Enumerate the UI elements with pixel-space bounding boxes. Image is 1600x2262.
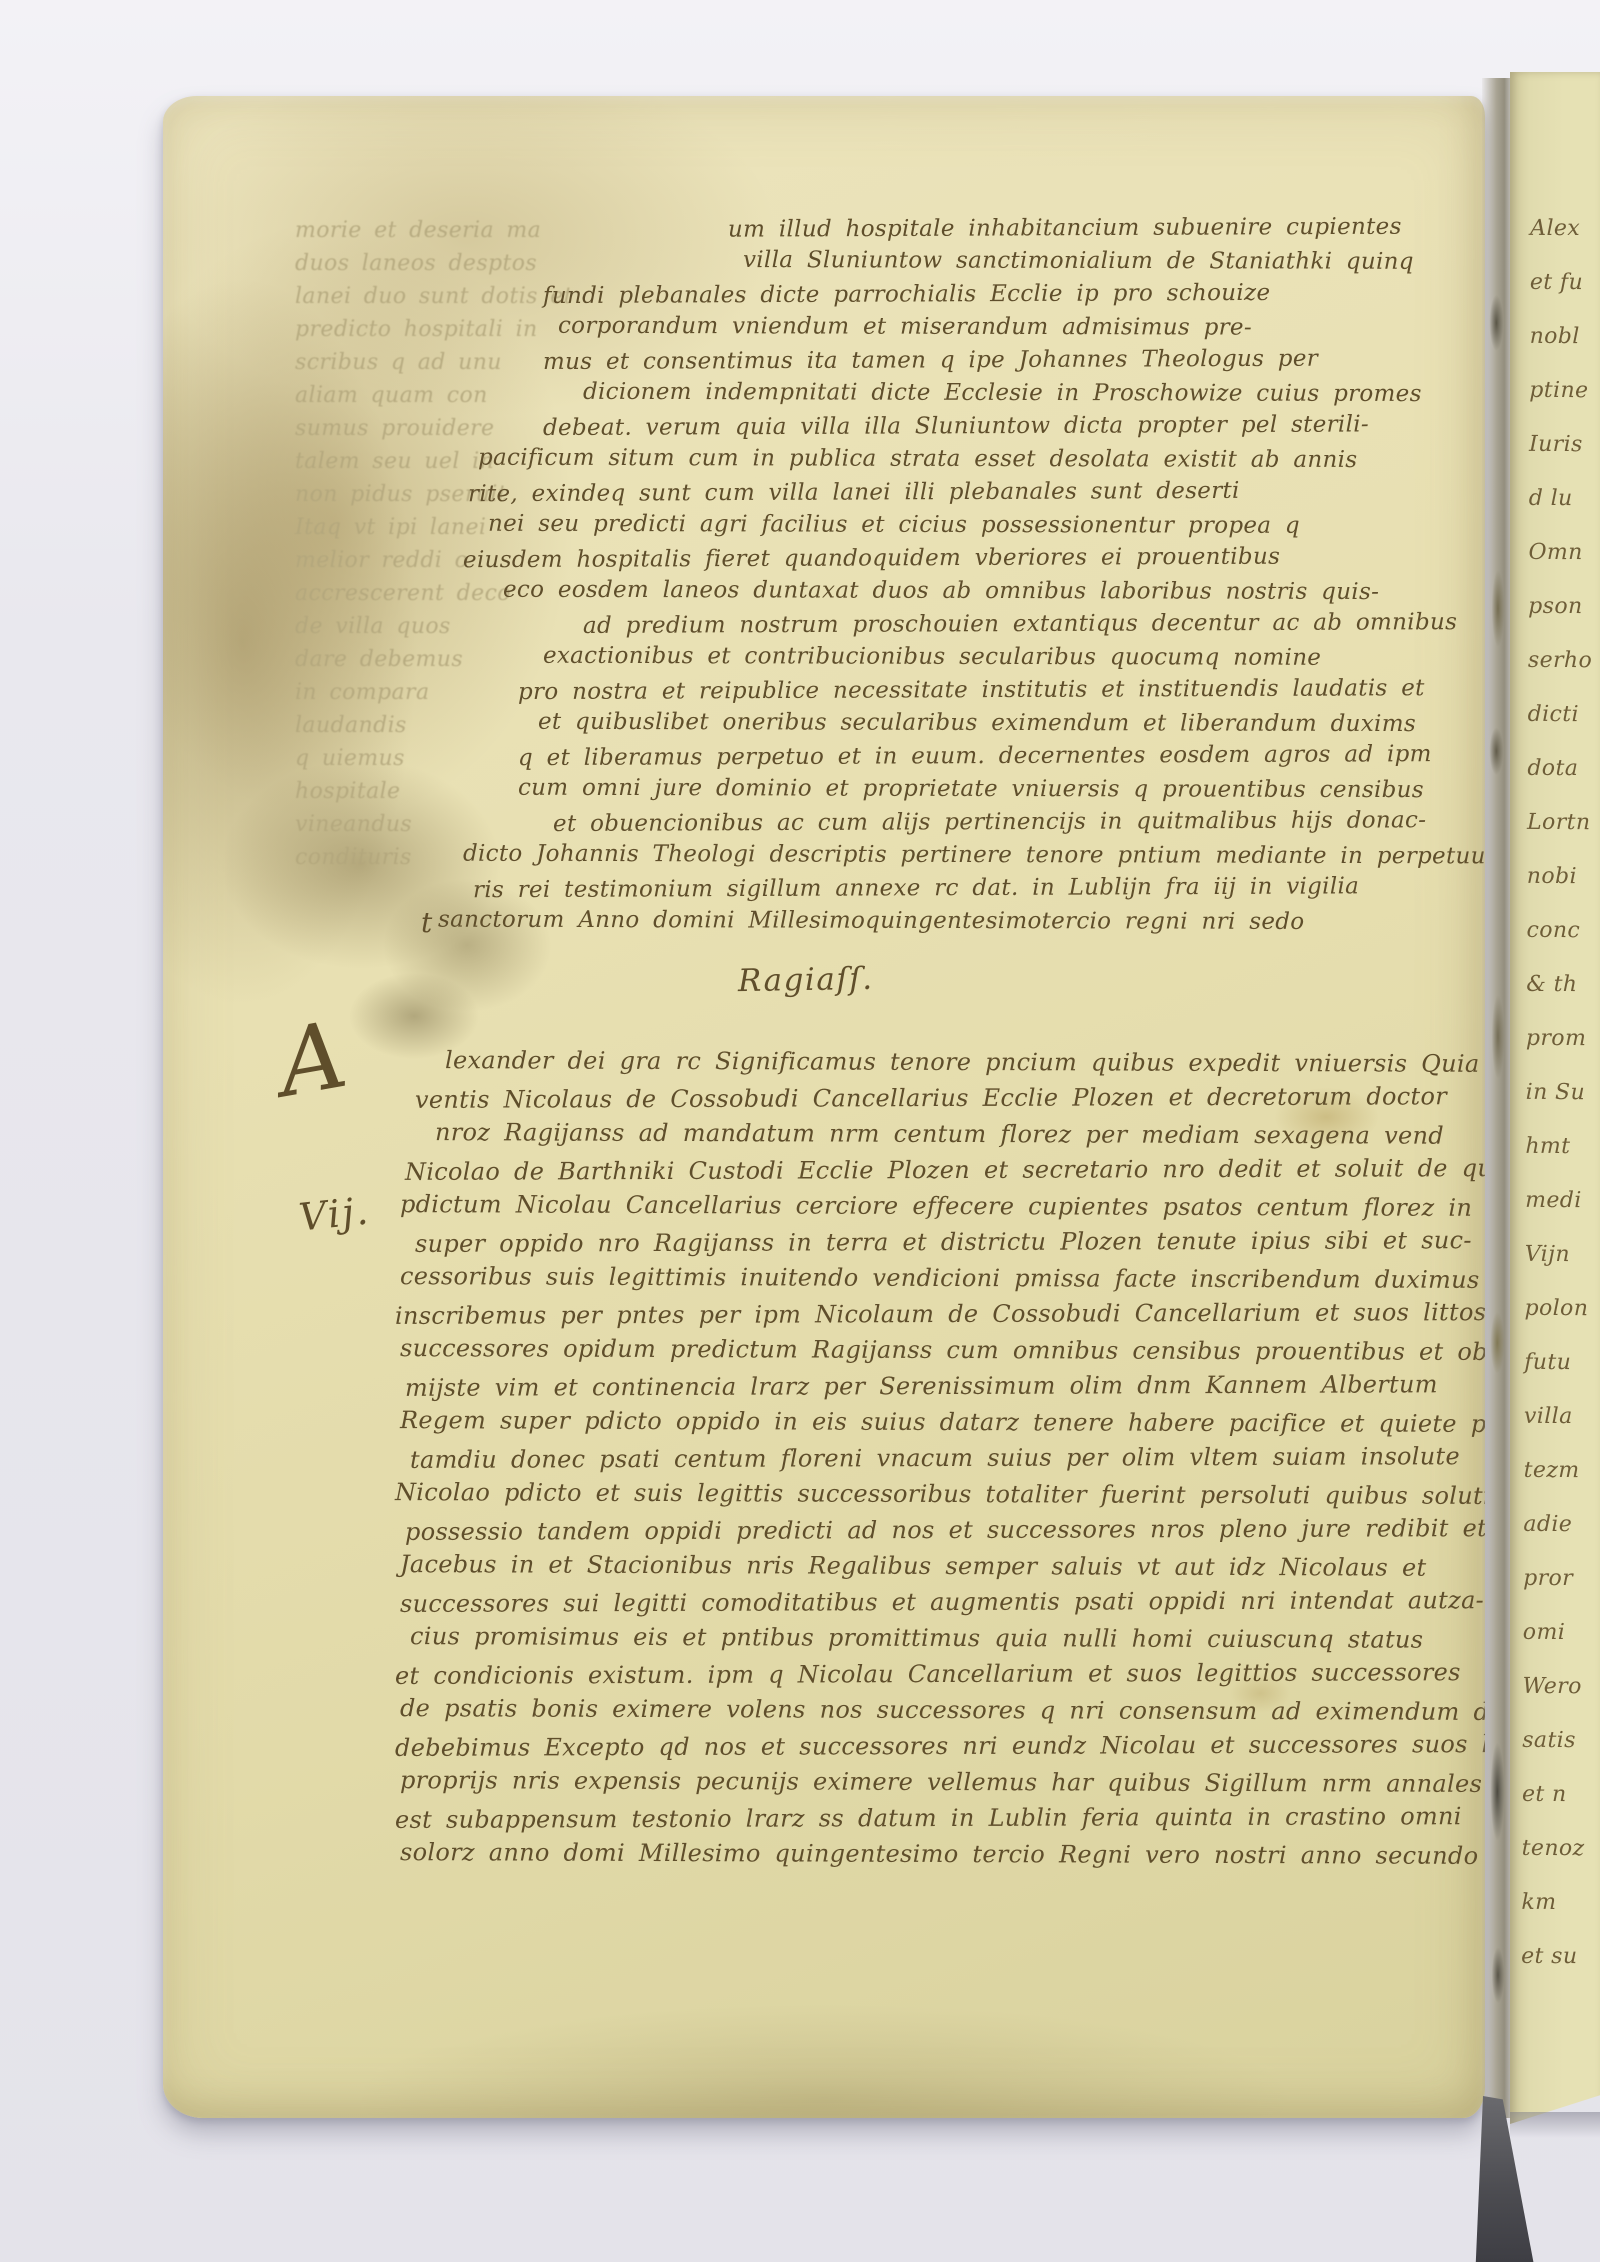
- facing-text-line: medi: [1525, 1174, 1599, 1228]
- facing-text-line: Omn: [1528, 526, 1600, 580]
- facing-text-line: pror: [1523, 1552, 1597, 1606]
- drop-cap-initial: A: [272, 1009, 353, 1111]
- text-line: Jacebus in et Stacionibus nris Regalibus…: [400, 1546, 1485, 1586]
- text-line: proprijs nris expensis pecunijs eximere …: [400, 1762, 1485, 1802]
- text-line: possessio tandem oppidi predicti ad nos …: [405, 1510, 1485, 1550]
- text-line: pdictum Nicolau Cancellarius cerciore ef…: [400, 1186, 1485, 1226]
- text-line: exactionibus et contribucionibus secular…: [543, 640, 1483, 675]
- text-line: Nicolao pdicto et suis legittis successo…: [395, 1474, 1485, 1514]
- text-line: super oppido nro Ragijanss in terra et d…: [415, 1222, 1485, 1262]
- facing-text-line: km: [1521, 1876, 1595, 1930]
- text-line: villa Sluniuntow sanctimonialium de Stan…: [743, 244, 1483, 279]
- facing-text-line: nobi: [1527, 850, 1600, 904]
- text-line: pacificum situm cum in publica strata es…: [478, 442, 1483, 478]
- text-line: et condicionis existum. ipm q Nicolau Ca…: [395, 1654, 1485, 1694]
- text-line: q et liberamus perpetuo et in euum. dece…: [518, 738, 1483, 775]
- text-line: successores sui legitti comoditatibus et…: [400, 1582, 1485, 1622]
- text-line: cum omni jure dominio et proprietate vni…: [518, 772, 1483, 808]
- facing-text-line: in Su: [1526, 1066, 1600, 1120]
- facing-text-line: tezm: [1524, 1444, 1598, 1498]
- facing-text-line: ptine: [1529, 364, 1600, 418]
- facing-page: Alexet funoblptineIurisd luOmnpsonserhod…: [1510, 72, 1600, 2124]
- text-line: lexander dei gra rc Significamus tenore …: [445, 1042, 1485, 1082]
- facing-text-line: et n: [1522, 1768, 1596, 1822]
- facing-text-line: pson: [1528, 580, 1600, 634]
- text-line: um illud hospitale inhabitancium subueni…: [728, 210, 1483, 246]
- facing-text-line: et fu: [1530, 256, 1600, 310]
- facing-text-line: hmt: [1525, 1120, 1599, 1174]
- text-line: Nicolao de Barthniki Custodi Ecclie Ploz…: [405, 1150, 1485, 1190]
- facing-text-line: Wero: [1522, 1660, 1596, 1714]
- facing-text-line: futu: [1524, 1336, 1598, 1390]
- facing-page-text: Alexet funoblptineIurisd luOmnpsonserhod…: [1510, 72, 1600, 1984]
- text-line: mijste vim et continencia lrarz per Sere…: [405, 1366, 1485, 1406]
- facing-text-line: dicti: [1527, 688, 1600, 742]
- text-line: eiusdem hospitalis fieret quandoquidem v…: [463, 540, 1483, 577]
- text-line: debebimus Excepto qd nos et successores …: [395, 1726, 1485, 1766]
- section-heading: Ragiaſſ.: [738, 961, 874, 999]
- facing-text-line: & th: [1526, 958, 1600, 1012]
- text-line: tamdiu donec psati centum floreni vnacum…: [410, 1438, 1485, 1478]
- facing-text-line: conc: [1526, 904, 1600, 958]
- text-block-1: um illud hospitale inhabitancium subueni…: [413, 212, 1483, 938]
- text-line: inscribemus per pntes per ipm Nicolaum d…: [395, 1294, 1485, 1334]
- facing-text-line: Alex: [1530, 202, 1600, 256]
- text-block-2: lexander dei gra rc Significamus tenore …: [385, 1044, 1485, 1872]
- text-line: est subappensum testonio lrarz ss datum …: [395, 1798, 1485, 1838]
- text-line: pro nostra et reipublice necessitate ins…: [518, 672, 1483, 709]
- facing-text-line: Lortn: [1527, 796, 1600, 850]
- facing-text-line: satis: [1522, 1714, 1596, 1768]
- facing-text-line: Vijn: [1525, 1228, 1599, 1282]
- text-line: sanctorum Anno domini Millesimoquingente…: [438, 904, 1483, 940]
- text-line: debeat. verum quia villa illa Sluniuntow…: [543, 408, 1483, 445]
- text-line: mus et consentimus ita tamen q ipe Johan…: [543, 342, 1483, 379]
- facing-text-line: dota: [1527, 742, 1600, 796]
- text-line: successores opidum predictum Ragijanss c…: [400, 1330, 1485, 1370]
- page-gutter-edge: [1482, 78, 1514, 2118]
- text-line: fundi plebanales dicte parrochialis Eccl…: [543, 276, 1483, 313]
- facing-text-line: tenoz: [1522, 1822, 1596, 1876]
- text-line: ad predium nostrum proschouien extantiqu…: [583, 606, 1483, 643]
- facing-text-line: villa: [1524, 1390, 1598, 1444]
- facing-text-line: et su: [1521, 1930, 1595, 1984]
- text-line: cius promisimus eis et pntibus promittim…: [410, 1618, 1485, 1658]
- facing-text-line: polon: [1524, 1282, 1598, 1336]
- facing-text-line: d lu: [1529, 472, 1600, 526]
- facing-text-line: Iuris: [1529, 418, 1600, 472]
- text-line: solorz anno domi Millesimo quingentesimo…: [400, 1834, 1485, 1874]
- text-line: cessoribus suis legittimis inuitendo ven…: [400, 1258, 1485, 1298]
- text-line: rite, exindeq sunt cum villa lanei illi …: [468, 474, 1483, 511]
- text-line: ris rei testimonium sigillum annexe rc d…: [473, 870, 1483, 907]
- text-line: nei seu predicti agri facilius et cicius…: [488, 508, 1483, 544]
- text-line: Regem super pdicto oppido in eis suius d…: [400, 1402, 1485, 1442]
- facing-text-line: nobl: [1529, 310, 1600, 364]
- scanner-background: morie et deseria maduos laneos desptosla…: [0, 0, 1600, 2262]
- text-line: de psatis bonis eximere volens nos succe…: [400, 1690, 1485, 1730]
- text-line: corporandum vniendum et miserandum admis…: [558, 310, 1483, 345]
- text-line: et quibuslibet oneribus secularibus exim…: [538, 706, 1483, 741]
- text-line: eco eosdem laneos duntaxat duos ab omnib…: [503, 574, 1483, 610]
- facing-text-line: omi: [1523, 1606, 1597, 1660]
- facing-text-line: adie: [1523, 1498, 1597, 1552]
- facing-text-line: prom: [1526, 1012, 1600, 1066]
- text-line: dicto Johannis Theologi descriptis perti…: [463, 838, 1483, 874]
- facing-text-line: serho: [1528, 634, 1600, 688]
- manuscript-page: morie et deseria maduos laneos desptosla…: [163, 96, 1485, 2118]
- cross-mark: t: [421, 906, 432, 939]
- text-line: nroz Ragijanss ad mandatum nrm centum fl…: [435, 1114, 1485, 1154]
- text-line: et obuencionibus ac cum alijs pertinenci…: [553, 804, 1483, 841]
- text-line: dicionem indempnitati dicte Ecclesie in …: [583, 376, 1483, 411]
- text-line: ventis Nicolaus de Cossobudi Cancellariu…: [415, 1078, 1485, 1118]
- facing-page-shadow: [1510, 2112, 1600, 2138]
- margin-numeral: Vij.: [297, 1188, 372, 1239]
